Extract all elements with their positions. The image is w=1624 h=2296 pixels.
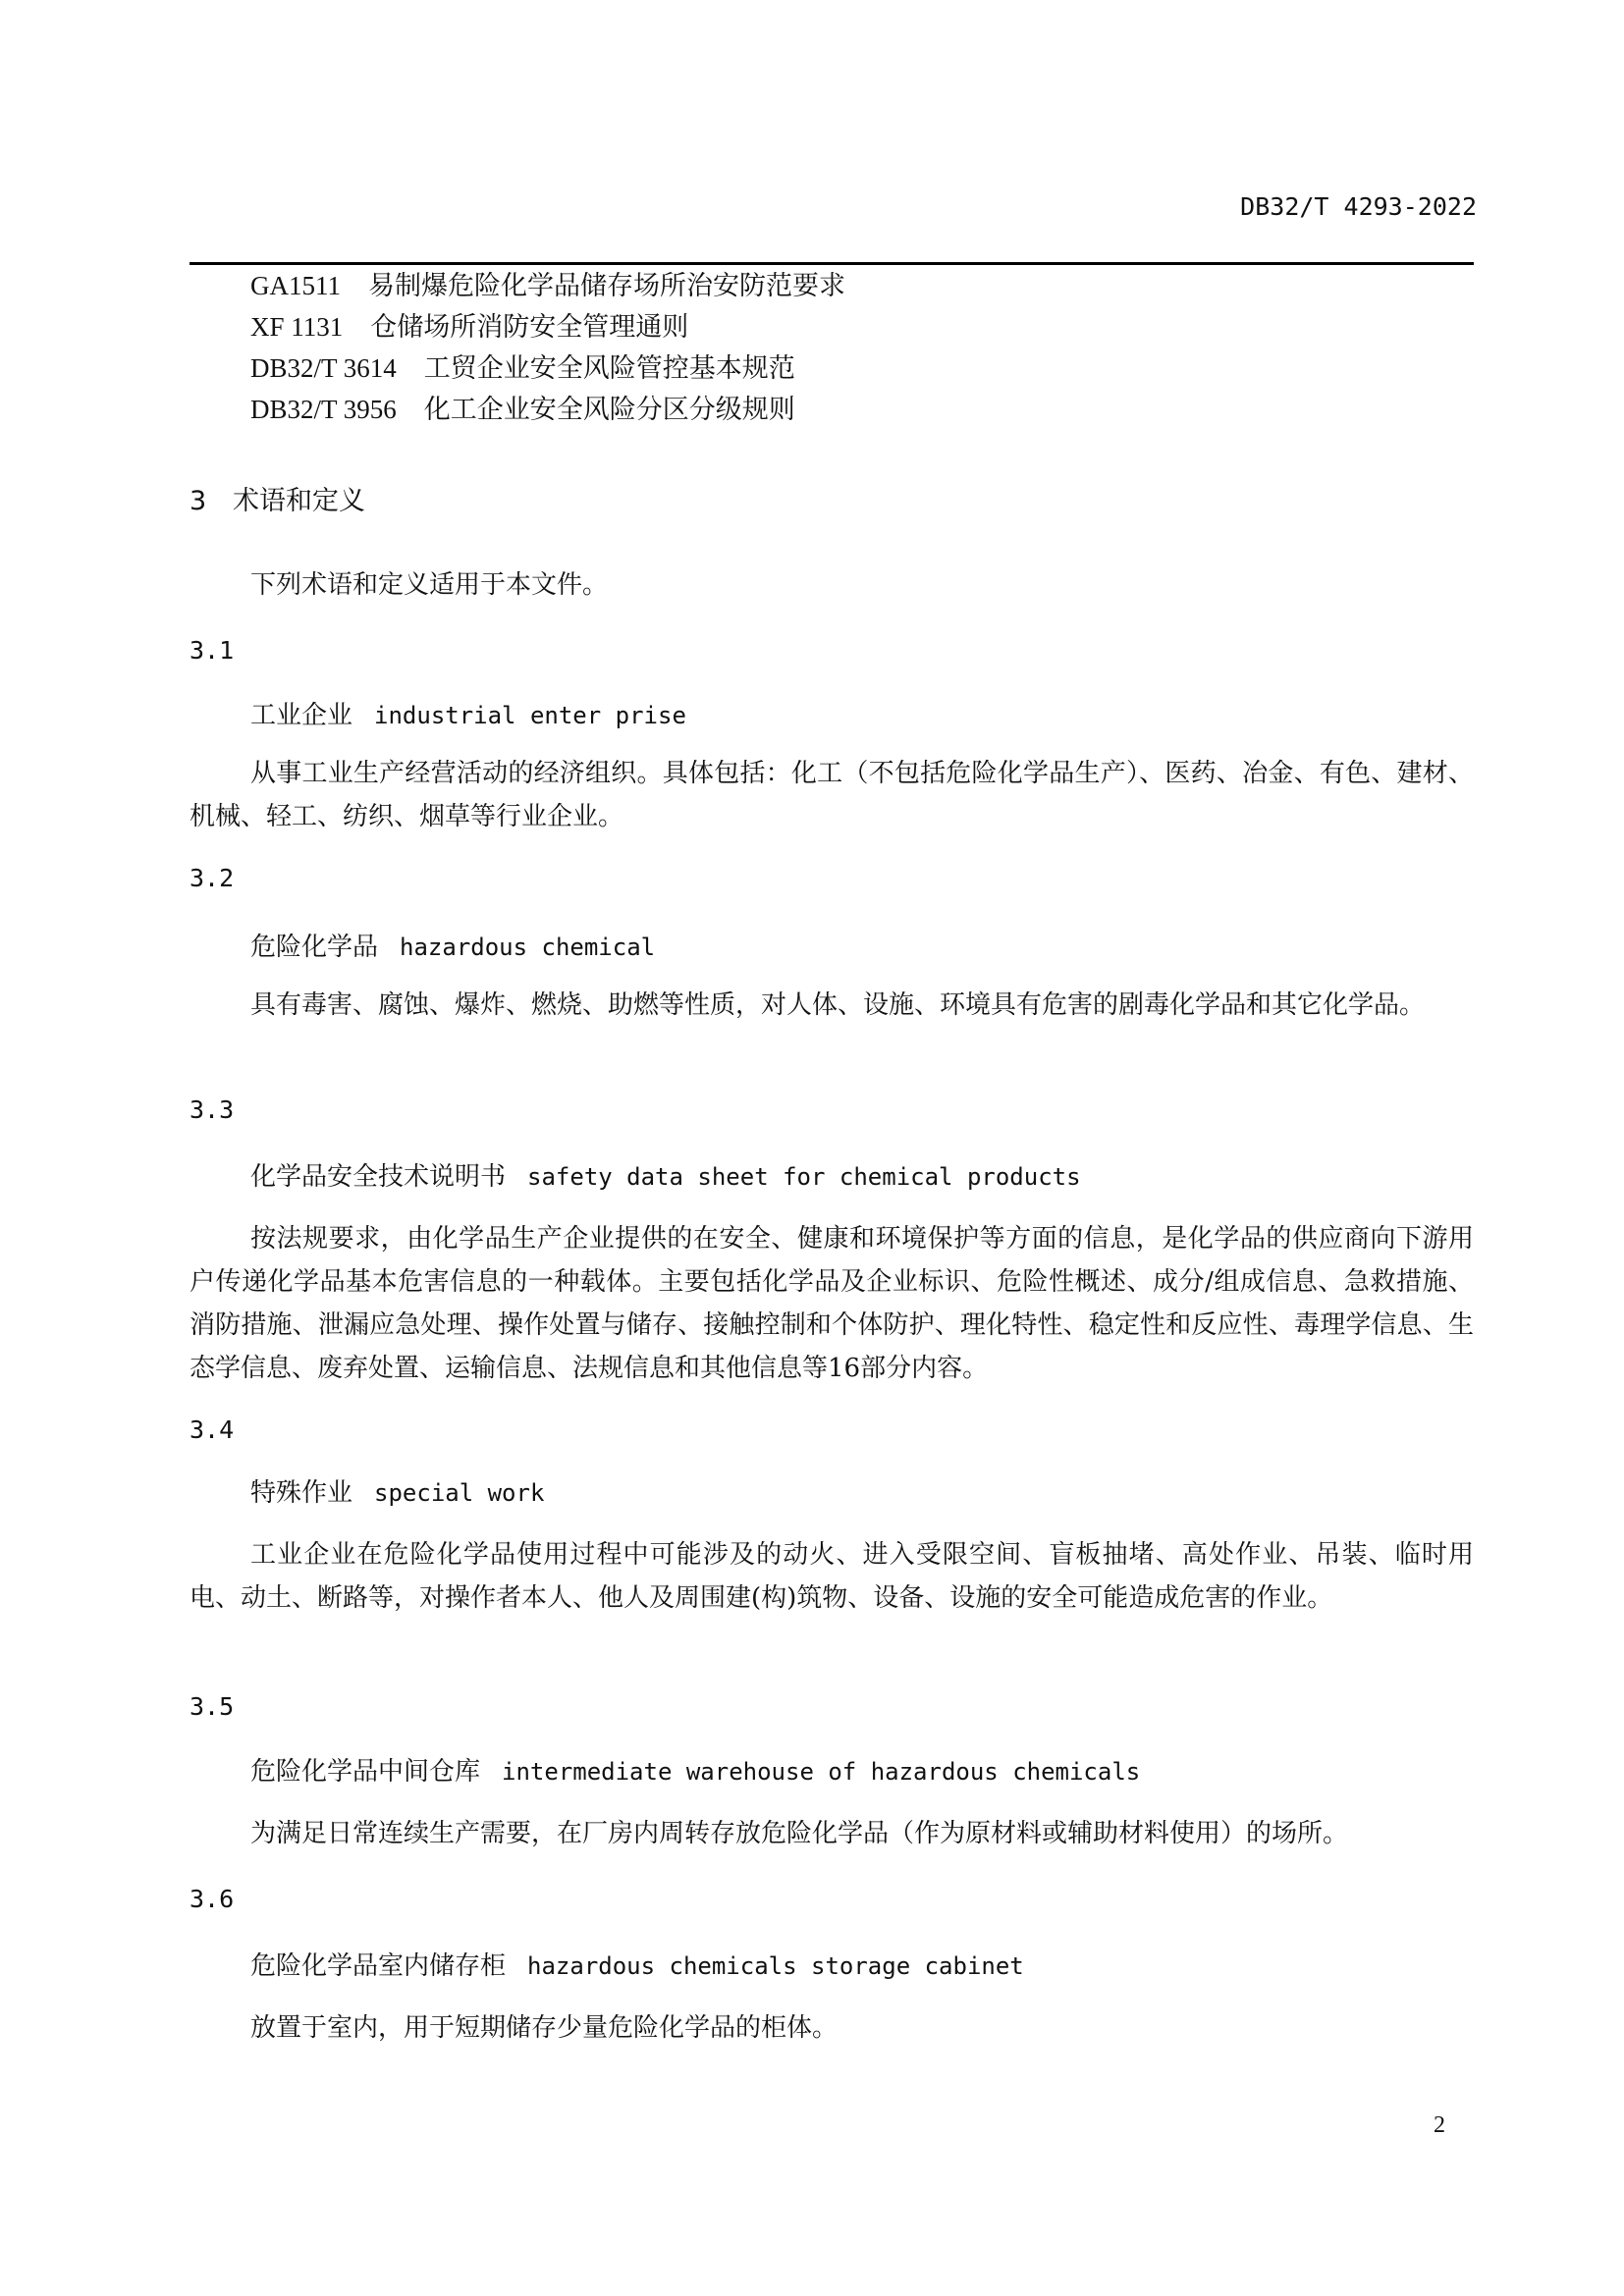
- reference-item: XF 1131仓储场所消防安全管理通则: [250, 306, 845, 347]
- term-definition: 按法规要求，由化学品生产企业提供的在安全、健康和环境保护等方面的信息，是化学品的…: [189, 1217, 1474, 1390]
- page-number: 2: [1434, 2112, 1445, 2139]
- term-definition: 工业企业在危险化学品使用过程中可能涉及的动火、进入受限空间、盲板抽堵、高处作业、…: [189, 1533, 1474, 1620]
- reference-code: XF 1131: [250, 306, 343, 347]
- term-english: hazardous chemical: [400, 934, 655, 961]
- clause-number: 3.2: [189, 864, 234, 892]
- reference-title: 易制爆危险化学品储存场所治安防范要求: [368, 265, 845, 306]
- term-heading: 危险化学品hazardous chemical: [250, 927, 655, 963]
- section-number: 3: [189, 486, 233, 516]
- section-intro: 下列术语和定义适用于本文件。: [250, 563, 608, 607]
- term-chinese: 工业企业: [250, 701, 352, 730]
- term-english: special work: [374, 1479, 544, 1507]
- reference-title: 仓储场所消防安全管理通则: [370, 306, 688, 347]
- term-english: industrial enter prise: [374, 702, 686, 729]
- section-heading: 3术语和定义: [189, 479, 365, 517]
- clause-number: 3.3: [189, 1095, 234, 1124]
- term-heading: 工业企业industrial enter prise: [250, 695, 686, 731]
- document-page: DB32/T 4293-2022 GA1511易制爆危险化学品储存场所治安防范要…: [0, 0, 1624, 2296]
- term-heading: 化学品安全技术说明书safety data sheet for chemical…: [250, 1156, 1081, 1193]
- clause-number: 3.6: [189, 1885, 234, 1913]
- reference-item: DB32/T 3614工贸企业安全风险管控基本规范: [250, 347, 845, 389]
- reference-code: GA1511: [250, 265, 341, 306]
- reference-item: GA1511易制爆危险化学品储存场所治安防范要求: [250, 265, 845, 306]
- section-title: 术语和定义: [233, 486, 365, 516]
- term-heading: 特殊作业special work: [250, 1472, 544, 1509]
- term-chinese: 特殊作业: [250, 1478, 352, 1508]
- term-definition: 从事工业生产经营活动的经济组织。具体包括：化工（不包括危险化学品生产）、医药、冶…: [189, 752, 1474, 838]
- reference-code: DB32/T 3956: [250, 389, 397, 430]
- clause-number: 3.1: [189, 636, 234, 665]
- term-chinese: 化学品安全技术说明书: [250, 1162, 506, 1192]
- term-definition: 为满足日常连续生产需要，在厂房内周转存放危险化学品（作为原材料或辅助材料使用）的…: [189, 1812, 1474, 1855]
- reference-code: DB32/T 3614: [250, 347, 397, 389]
- term-heading: 危险化学品中间仓库intermediate warehouse of hazar…: [250, 1751, 1140, 1788]
- clause-number: 3.4: [189, 1415, 234, 1444]
- reference-title: 化工企业安全风险分区分级规则: [424, 389, 795, 430]
- term-definition: 放置于室内，用于短期储存少量危险化学品的柜体。: [189, 2006, 1474, 2050]
- term-heading: 危险化学品室内储存柜hazardous chemicals storage ca…: [250, 1946, 1024, 1982]
- term-chinese: 危险化学品中间仓库: [250, 1757, 480, 1787]
- term-chinese: 危险化学品: [250, 933, 378, 962]
- normative-references-list: GA1511易制爆危险化学品储存场所治安防范要求 XF 1131仓储场所消防安全…: [250, 265, 845, 430]
- term-definition: 具有毒害、腐蚀、爆炸、燃烧、助燃等性质，对人体、设施、环境具有危害的剧毒化学品和…: [189, 984, 1474, 1027]
- term-english: hazardous chemicals storage cabinet: [527, 1952, 1024, 1980]
- clause-number: 3.5: [189, 1692, 234, 1721]
- term-english: intermediate warehouse of hazardous chem…: [502, 1758, 1140, 1786]
- term-english: safety data sheet for chemical products: [527, 1163, 1081, 1191]
- standard-code: DB32/T 4293-2022: [1240, 192, 1477, 221]
- term-chinese: 危险化学品室内储存柜: [250, 1951, 506, 1981]
- reference-item: DB32/T 3956化工企业安全风险分区分级规则: [250, 389, 845, 430]
- reference-title: 工贸企业安全风险管控基本规范: [424, 347, 795, 389]
